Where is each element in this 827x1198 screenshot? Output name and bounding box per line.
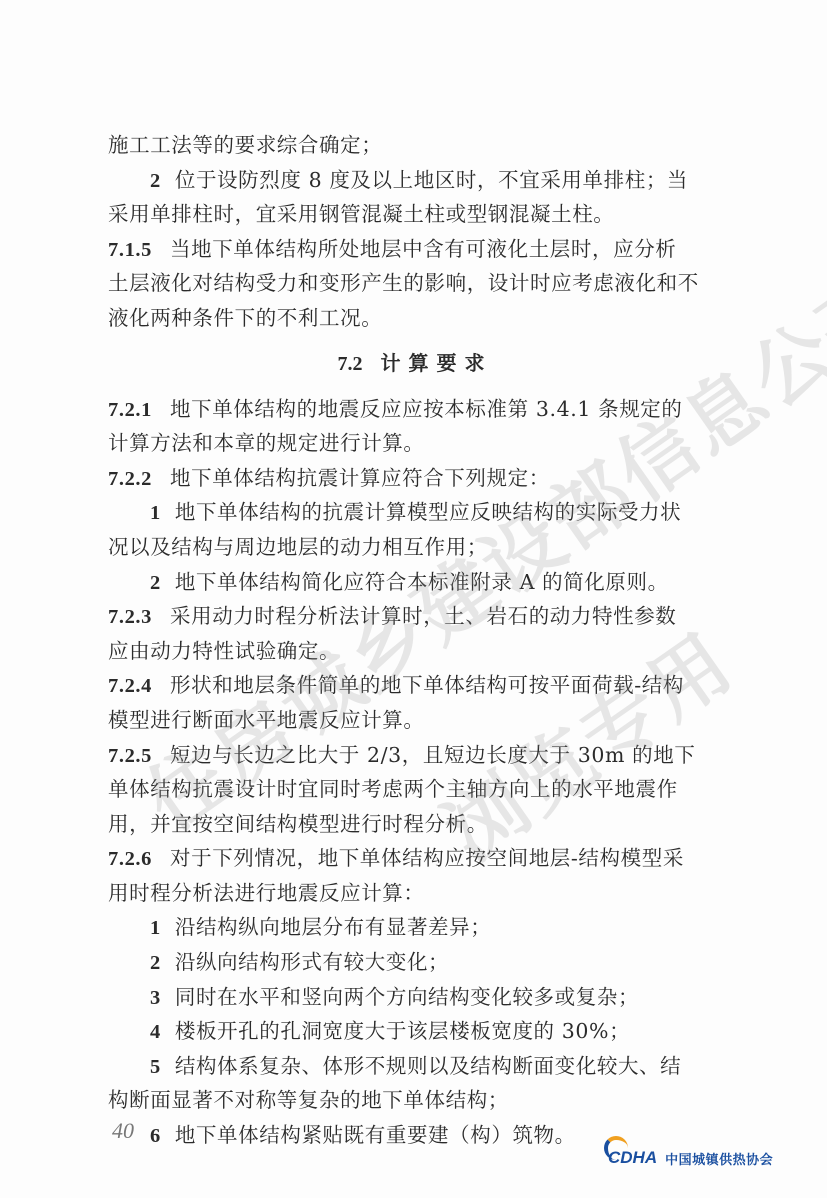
clause-number: 7.2.5	[108, 745, 152, 767]
line-text: 土层液化对结构受力和变形产生的影响，设计时应考虑液化和不	[108, 271, 699, 295]
clause-block-7-1: 施工工法等的要求综合确定；2位于设防烈度 8 度及以上地区时，不宜采用单排柱；当…	[108, 128, 722, 336]
line-text: 用时程分析法进行地震反应计算：	[108, 881, 425, 905]
line-text: 况以及结构与周边地层的动力相互作用；	[108, 535, 488, 559]
list-item-line: 5结构体系复杂、体形不规则以及结构断面变化较大、结	[108, 1049, 722, 1084]
line-text: 施工工法等的要求综合确定；	[108, 133, 382, 157]
line-text: 沿纵向结构形式有较大变化；	[175, 950, 449, 974]
line-text: 模型进行断面水平地震反应计算。	[108, 708, 425, 732]
clause-line: 7.2.5短边与长边之比大于 2/3，且短边长度大于 30m 的地下	[108, 738, 722, 773]
signal-arc-icon	[604, 1136, 628, 1160]
clause-number: 7.2.4	[108, 675, 152, 697]
clause-number: 7.2.6	[108, 848, 152, 870]
list-item-line: 3同时在水平和竖向两个方向结构变化较多或复杂；	[108, 980, 722, 1015]
item-number: 3	[150, 987, 161, 1009]
text-line: 单体结构抗震设计时宜同时考虑两个主轴方向上的水平地震作	[108, 772, 722, 807]
clause-line: 7.2.3采用动力时程分析法计算时，土、岩石的动力特性参数	[108, 599, 722, 634]
clause-line: 7.2.6对于下列情况，地下单体结构应按空间地层-结构模型采	[108, 841, 722, 876]
line-text: 应由动力特性试验确定。	[108, 639, 340, 663]
text-line: 构断面显著不对称等复杂的地下单体结构；	[108, 1083, 722, 1118]
line-text: 单体结构抗震设计时宜同时考虑两个主轴方向上的水平地震作	[108, 777, 678, 801]
text-line: 用时程分析法进行地震反应计算：	[108, 876, 722, 911]
text-line: 采用单排柱时，宜采用钢管混凝土柱或型钢混凝土柱。	[108, 197, 722, 232]
line-text: 地下单体结构的抗震计算模型应反映结构的实际受力状	[175, 500, 681, 524]
clause-number: 7.2.3	[108, 606, 152, 628]
text-line: 计算方法和本章的规定进行计算。	[108, 426, 722, 461]
clause-block-7-2: 7.2.1地下单体结构的地震反应应按本标准第 3.4.1 条规定的计算方法和本章…	[108, 392, 722, 1153]
line-text: 位于设防烈度 8 度及以上地区时，不宜采用单排柱；当	[175, 168, 688, 192]
list-item-line: 2沿纵向结构形式有较大变化；	[108, 945, 722, 980]
line-text: 短边与长边之比大于 2/3，且短边长度大于 30m 的地下	[170, 743, 695, 767]
list-item-line: 1地下单体结构的抗震计算模型应反映结构的实际受力状	[108, 495, 722, 530]
item-number: 1	[150, 917, 161, 939]
logo-org-name: 中国城镇供热协会	[665, 1149, 773, 1168]
list-item-line: 1沿结构纵向地层分布有显著差异；	[108, 910, 722, 945]
text-line: 况以及结构与周边地层的动力相互作用；	[108, 530, 722, 565]
section-title: 计算要求	[381, 351, 493, 375]
text-line: 应由动力特性试验确定。	[108, 634, 722, 669]
text-line: 施工工法等的要求综合确定；	[108, 128, 722, 163]
item-number: 1	[150, 502, 161, 524]
line-text: 构断面显著不对称等复杂的地下单体结构；	[108, 1088, 509, 1112]
text-line: 土层液化对结构受力和变形产生的影响，设计时应考虑液化和不	[108, 266, 722, 301]
line-text: 用，并宜按空间结构模型进行时程分析。	[108, 812, 488, 836]
publisher-logo: CDHA 中国城镇供热协会	[608, 1148, 773, 1168]
line-text: 计算方法和本章的规定进行计算。	[108, 431, 425, 455]
line-text: 楼板开孔的孔洞宽度大于该层楼板宽度的 30%；	[175, 1019, 630, 1043]
clause-number: 7.2.1	[108, 399, 152, 421]
clause-number: 7.2.2	[108, 468, 152, 490]
line-text: 同时在水平和竖向两个方向结构变化较多或复杂；	[175, 985, 639, 1009]
page-number: 40	[112, 1118, 134, 1144]
cdha-logo-icon: CDHA	[608, 1148, 657, 1168]
item-number: 2	[150, 170, 161, 192]
clause-line: 7.2.2地下单体结构抗震计算应符合下列规定：	[108, 461, 722, 496]
clause-line: 7.2.1地下单体结构的地震反应应按本标准第 3.4.1 条规定的	[108, 392, 722, 427]
line-text: 地下单体结构的地震反应应按本标准第 3.4.1 条规定的	[170, 397, 683, 421]
item-number: 2	[150, 572, 161, 594]
line-text: 液化两种条件下的不利工况。	[108, 306, 382, 330]
clause-line: 7.1.5当地下单体结构所处地层中含有可液化土层时，应分析	[108, 232, 722, 267]
list-item-line: 4楼板开孔的孔洞宽度大于该层楼板宽度的 30%；	[108, 1014, 722, 1049]
text-line: 用，并宜按空间结构模型进行时程分析。	[108, 807, 722, 842]
section-heading: 7.2计算要求	[108, 346, 722, 380]
line-text: 地下单体结构简化应符合本标准附录 A 的简化原则。	[175, 570, 669, 594]
item-number: 6	[150, 1125, 161, 1147]
line-text: 当地下单体结构所处地层中含有可液化土层时，应分析	[170, 237, 676, 261]
line-text: 结构体系复杂、体形不规则以及结构断面变化较大、结	[175, 1054, 681, 1078]
line-text: 形状和地层条件简单的地下单体结构可按平面荷载-结构	[170, 673, 684, 697]
list-item-line: 2位于设防烈度 8 度及以上地区时，不宜采用单排柱；当	[108, 163, 722, 198]
line-text: 采用动力时程分析法计算时，土、岩石的动力特性参数	[170, 604, 676, 628]
section-number: 7.2	[338, 353, 363, 375]
text-line: 液化两种条件下的不利工况。	[108, 301, 722, 336]
line-text: 地下单体结构紧贴既有重要建（构）筑物。	[175, 1123, 576, 1147]
line-text: 地下单体结构抗震计算应符合下列规定：	[170, 466, 550, 490]
clause-line: 7.2.4形状和地层条件简单的地下单体结构可按平面荷载-结构	[108, 668, 722, 703]
item-number: 4	[150, 1021, 161, 1043]
list-item-line: 2地下单体结构简化应符合本标准附录 A 的简化原则。	[108, 565, 722, 600]
line-text: 对于下列情况，地下单体结构应按空间地层-结构模型采	[170, 846, 684, 870]
item-number: 2	[150, 952, 161, 974]
item-number: 5	[150, 1056, 161, 1078]
line-text: 采用单排柱时，宜采用钢管混凝土柱或型钢混凝土柱。	[108, 202, 614, 226]
document-body: 施工工法等的要求综合确定；2位于设防烈度 8 度及以上地区时，不宜采用单排柱；当…	[108, 128, 722, 1153]
clause-number: 7.1.5	[108, 239, 152, 261]
line-text: 沿结构纵向地层分布有显著差异；	[175, 915, 492, 939]
text-line: 模型进行断面水平地震反应计算。	[108, 703, 722, 738]
